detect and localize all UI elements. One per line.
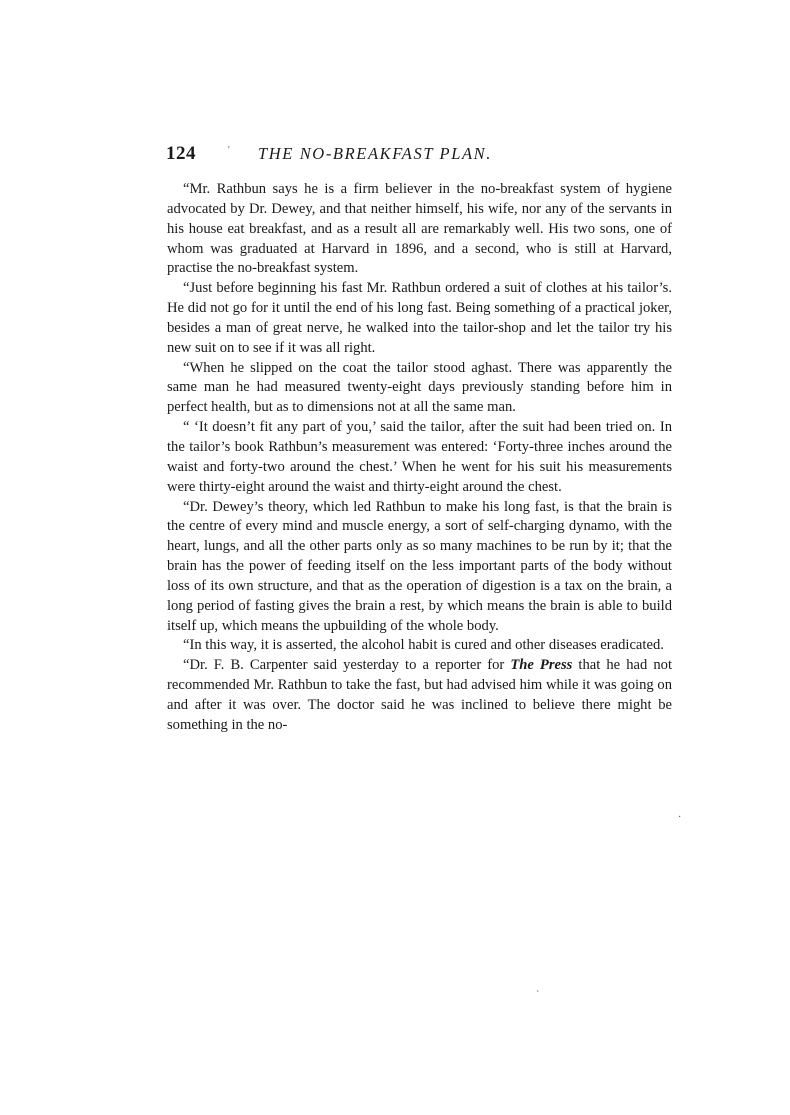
newspaper-title: The Press <box>510 657 572 673</box>
body-text: “Mr. Rathbun says he is a firm believer … <box>167 180 672 736</box>
paragraph-text: “Dr. F. B. Carpenter said yesterday to a… <box>183 657 510 673</box>
page-number: 124 <box>166 143 196 165</box>
book-page: 124 ' THE NO-BREAKFAST PLAN. “Mr. Rathbu… <box>0 0 790 1115</box>
paragraph: “Dr. Dewey’s theory, which led Rathbun t… <box>167 498 672 637</box>
paragraph: “In this way, it is asserted, the alcoho… <box>167 636 672 656</box>
print-speck: ` <box>536 990 539 1001</box>
paragraph: “Just before beginning his fast Mr. Rath… <box>167 279 672 358</box>
running-head: 124 ' THE NO-BREAKFAST PLAN. <box>166 143 672 169</box>
running-head-title: THE NO-BREAKFAST PLAN. <box>258 144 492 164</box>
print-speck: · <box>678 812 681 823</box>
paragraph: “When he slipped on the coat the tailor … <box>167 359 672 419</box>
paragraph: “Mr. Rathbun says he is a firm believer … <box>167 180 672 279</box>
paragraph: “ ‘It doesn’t fit any part of you,’ said… <box>167 418 672 497</box>
paragraph: “Dr. F. B. Carpenter said yesterday to a… <box>167 656 672 735</box>
print-speck: ' <box>228 145 230 156</box>
